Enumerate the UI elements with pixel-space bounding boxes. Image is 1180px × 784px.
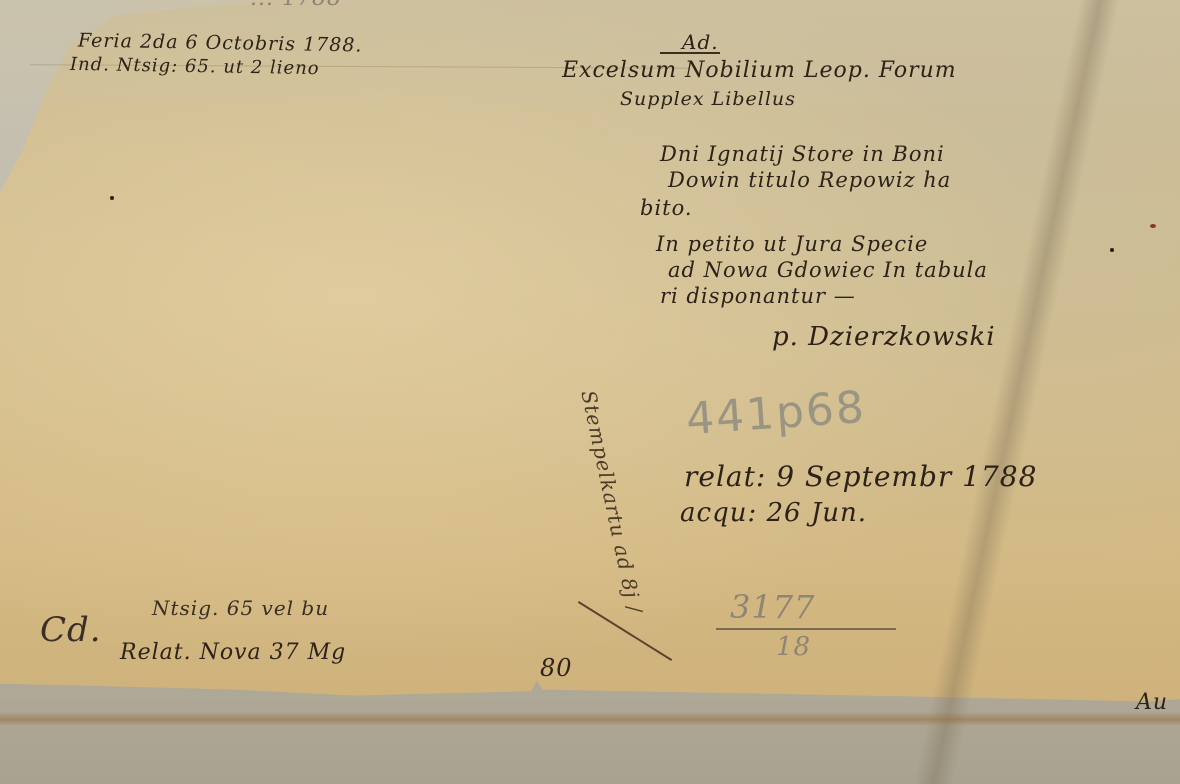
heading-underline	[660, 52, 720, 54]
bottom-line-1: Ntsig. 65 vel bu	[152, 596, 329, 620]
red-stain	[1150, 224, 1156, 228]
bottom-line-2: Relat. Nova 37 Mg	[120, 640, 346, 665]
para1-line-1: Dni Ignatij Store in Boni	[660, 142, 945, 166]
heading-ad: Ad.	[682, 30, 719, 54]
para2-line-1: In petito ut Jura Specie	[656, 232, 928, 256]
fraction-bar	[716, 628, 896, 630]
para1-line-3: bito.	[640, 196, 693, 220]
signature: p. Dzierzkowski	[772, 322, 996, 352]
relat-line: relat: 9 Septembr 1788	[684, 460, 1037, 493]
right-edge-fragment: Au	[1136, 690, 1168, 715]
acqu-line: acqu: 26 Jun.	[680, 498, 867, 528]
partial-top-line: ... 1788	[250, 0, 342, 11]
bottom-number: 80	[540, 654, 573, 682]
initials: Cd.	[40, 610, 102, 650]
address-line-2: Supplex Libellus	[620, 88, 796, 110]
index-line: Ind. Ntsig: 65. ut 2 lieno	[70, 54, 320, 79]
ink-mark	[1110, 248, 1114, 252]
para2-line-2: ad Nowa Gdowiec In tabula	[668, 258, 988, 282]
para2-line-3: ri disponantur —	[660, 284, 856, 308]
fraction-denominator: 18	[776, 632, 811, 662]
ink-dot	[110, 196, 114, 200]
address-line-1: Excelsum Nobilium Leop. Forum	[562, 58, 957, 83]
torn-bottom-edge	[0, 712, 1180, 726]
para1-line-2: Dowin titulo Repowiz ha	[668, 168, 951, 192]
fraction-numerator: 3177	[730, 588, 815, 626]
